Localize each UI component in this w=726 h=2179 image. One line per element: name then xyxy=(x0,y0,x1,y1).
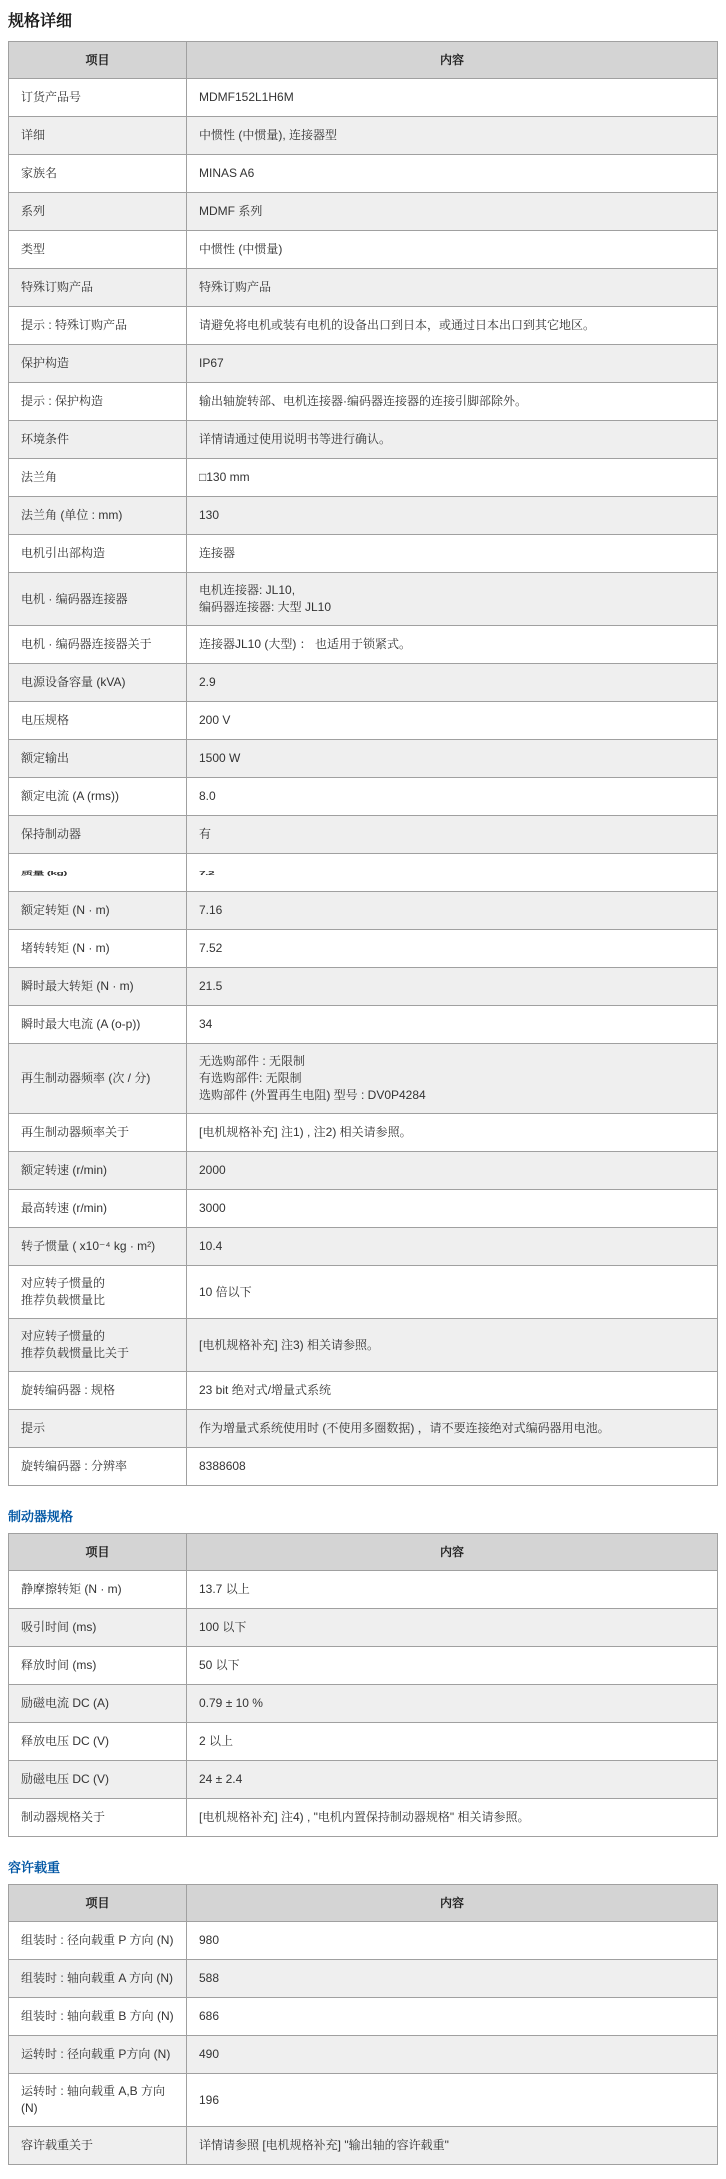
table-row: 家族名MINAS A6 xyxy=(9,155,718,193)
table-row: 额定输出1500 W xyxy=(9,740,718,778)
content-cell: 50 以下 xyxy=(187,1647,718,1685)
table-row: 瞬时最大电流 (A (o-p))34 xyxy=(9,1006,718,1044)
item-cell: 运转时 : 轴向载重 A,B 方向 (N) xyxy=(9,2074,187,2127)
item-column-header: 项目 xyxy=(9,42,187,79)
item-cell: 电机 · 编码器连接器关于 xyxy=(9,626,187,664)
content-cell: 100 以下 xyxy=(187,1609,718,1647)
spec-table: 项目内容订货产品号MDMF152L1H6M详细中惯性 (中惯量), 连接器型家族… xyxy=(8,41,718,1486)
section-heading: 容许载重 xyxy=(8,1857,718,1876)
table-row: 释放时间 (ms)50 以下 xyxy=(9,1647,718,1685)
item-cell: 容许载重关于 xyxy=(9,2127,187,2165)
content-cell: 连接器JL10 (大型) ： 也适用于锁紧式。 xyxy=(187,626,718,664)
item-cell: 法兰角 (单位 : mm) xyxy=(9,497,187,535)
item-cell: 运转时 : 径向载重 P方向 (N) xyxy=(9,2036,187,2074)
table-row: 法兰角□130 mm xyxy=(9,459,718,497)
table-row: 保持制动器有 xyxy=(9,816,718,854)
item-cell: 转子惯量 ( x10⁻⁴ kg · m²) xyxy=(9,1228,187,1266)
table-row: 组装时 : 轴向载重 A 方向 (N)588 xyxy=(9,1960,718,1998)
table-row: 系列MDMF 系列 xyxy=(9,193,718,231)
table-row: 电机 · 编码器连接器关于连接器JL10 (大型) ： 也适用于锁紧式。 xyxy=(9,626,718,664)
item-cell: 家族名 xyxy=(9,155,187,193)
table-row: 法兰角 (单位 : mm)130 xyxy=(9,497,718,535)
content-cell: [电机规格补充] 注3) 相关请参照。 xyxy=(187,1319,718,1372)
item-column-header: 项目 xyxy=(9,1534,187,1571)
item-cell: 堵转转矩 (N · m) xyxy=(9,930,187,968)
table-row: 运转时 : 轴向载重 A,B 方向 (N)196 xyxy=(9,2074,718,2127)
table-row: 对应转子惯量的 推荐负载惯量比关于[电机规格补充] 注3) 相关请参照。 xyxy=(9,1319,718,1372)
content-cell: 1500 W xyxy=(187,740,718,778)
table-row: 最高转速 (r/min)3000 xyxy=(9,1190,718,1228)
item-cell: 组装时 : 轴向载重 A 方向 (N) xyxy=(9,1960,187,1998)
item-cell: 最高转速 (r/min) xyxy=(9,1190,187,1228)
item-cell: 环境条件 xyxy=(9,421,187,459)
item-cell: 旋转编码器 : 规格 xyxy=(9,1372,187,1410)
section-heading: 制动器规格 xyxy=(8,1506,718,1525)
table-row: 提示作为增量式系统使用时 (不使用多圈数据) ，请不要连接绝对式编码器用电池。 xyxy=(9,1410,718,1448)
item-cell: 制动器规格关于 xyxy=(9,1799,187,1837)
item-cell: 对应转子惯量的 推荐负载惯量比关于 xyxy=(9,1319,187,1372)
content-cell: 2 以上 xyxy=(187,1723,718,1761)
content-cell: 2000 xyxy=(187,1152,718,1190)
content-cell: 电机连接器: JL10, 编码器连接器: 大型 JL10 xyxy=(187,573,718,626)
content-cell: MDMF152L1H6M xyxy=(187,79,718,117)
table-row: 提示 : 保护构造输出轴旋转部、电机连接器·编码器连接器的连接引脚部除外。 xyxy=(9,383,718,421)
table-row: 堵转转矩 (N · m)7.52 xyxy=(9,930,718,968)
content-cell: 8388608 xyxy=(187,1448,718,1486)
content-cell: MINAS A6 xyxy=(187,155,718,193)
table-row: 提示 : 特殊订购产品请避免将电机或装有电机的设备出口到日本，或通过日本出口到其… xyxy=(9,307,718,345)
content-cell: 200 V xyxy=(187,702,718,740)
content-cell: 7.52 xyxy=(187,930,718,968)
spec-page: 规格详细 项目内容订货产品号MDMF152L1H6M详细中惯性 (中惯量), 连… xyxy=(0,0,726,2179)
content-column-header: 内容 xyxy=(187,1534,718,1571)
table-row: 组装时 : 轴向载重 B 方向 (N)686 xyxy=(9,1998,718,2036)
content-cell: 588 xyxy=(187,1960,718,1998)
item-cell: 质量 (kg) xyxy=(9,854,187,892)
item-column-header: 项目 xyxy=(9,1885,187,1922)
content-cell: 中惯性 (中惯量), 连接器型 xyxy=(187,117,718,155)
content-cell: 23 bit 绝对式/增量式系统 xyxy=(187,1372,718,1410)
item-cell: 释放电压 DC (V) xyxy=(9,1723,187,1761)
table-row: 保护构造IP67 xyxy=(9,345,718,383)
table-row: 容许载重关于详情请参照 [电机规格补充] "输出轴的容许载重" xyxy=(9,2127,718,2165)
item-cell: 电源设备容量 (kVA) xyxy=(9,664,187,702)
content-cell: 7.16 xyxy=(187,892,718,930)
table-header-row: 项目内容 xyxy=(9,1534,718,1571)
content-cell: 34 xyxy=(187,1006,718,1044)
table-row: 额定电流 (A (rms))8.0 xyxy=(9,778,718,816)
content-cell: 0.79 ± 10 % xyxy=(187,1685,718,1723)
table-row: 瞬时最大转矩 (N · m)21.5 xyxy=(9,968,718,1006)
table-row: 特殊订购产品特殊订购产品 xyxy=(9,269,718,307)
content-cell: 21.5 xyxy=(187,968,718,1006)
content-cell: □130 mm xyxy=(187,459,718,497)
item-cell: 释放时间 (ms) xyxy=(9,1647,187,1685)
table-row: 电机引出部构造连接器 xyxy=(9,535,718,573)
content-cell: 490 xyxy=(187,2036,718,2074)
table-row: 再生制动器频率 (次 / 分)无选购部件 : 无限制 有选购部件: 无限制 选购… xyxy=(9,1044,718,1114)
table-row: 类型中惯性 (中惯量) xyxy=(9,231,718,269)
item-cell: 电机引出部构造 xyxy=(9,535,187,573)
content-cell: 10 倍以下 xyxy=(187,1266,718,1319)
table-row: 额定转矩 (N · m)7.16 xyxy=(9,892,718,930)
item-cell: 电机 · 编码器连接器 xyxy=(9,573,187,626)
content-cell: [电机规格补充] 注1) , 注2) 相关请参照。 xyxy=(187,1114,718,1152)
item-cell: 额定输出 xyxy=(9,740,187,778)
table-row: 励磁电压 DC (V)24 ± 2.4 xyxy=(9,1761,718,1799)
table-header-row: 项目内容 xyxy=(9,1885,718,1922)
item-cell: 系列 xyxy=(9,193,187,231)
content-cell: 130 xyxy=(187,497,718,535)
page-title: 规格详细 xyxy=(8,8,718,31)
content-cell: 3000 xyxy=(187,1190,718,1228)
content-cell: 10.4 xyxy=(187,1228,718,1266)
content-cell: 详情请通过使用说明书等进行确认。 xyxy=(187,421,718,459)
table-row: 再生制动器频率关于[电机规格补充] 注1) , 注2) 相关请参照。 xyxy=(9,1114,718,1152)
item-cell: 法兰角 xyxy=(9,459,187,497)
content-cell: 13.7 以上 xyxy=(187,1571,718,1609)
table-row: 运转时 : 径向载重 P方向 (N)490 xyxy=(9,2036,718,2074)
item-cell: 再生制动器频率关于 xyxy=(9,1114,187,1152)
item-cell: 组装时 : 轴向载重 B 方向 (N) xyxy=(9,1998,187,2036)
item-cell: 提示 : 保护构造 xyxy=(9,383,187,421)
item-cell: 提示 : 特殊订购产品 xyxy=(9,307,187,345)
content-cell: 中惯性 (中惯量) xyxy=(187,231,718,269)
table-row: 静摩擦转矩 (N · m)13.7 以上 xyxy=(9,1571,718,1609)
content-cell: 980 xyxy=(187,1922,718,1960)
item-cell: 吸引时间 (ms) xyxy=(9,1609,187,1647)
table-row: 电压规格200 V xyxy=(9,702,718,740)
table-row: 释放电压 DC (V)2 以上 xyxy=(9,1723,718,1761)
content-cell: MDMF 系列 xyxy=(187,193,718,231)
content-cell: 作为增量式系统使用时 (不使用多圈数据) ，请不要连接绝对式编码器用电池。 xyxy=(187,1410,718,1448)
content-cell: 2.9 xyxy=(187,664,718,702)
table-header-row: 项目内容 xyxy=(9,42,718,79)
item-cell: 对应转子惯量的 推荐负载惯量比 xyxy=(9,1266,187,1319)
table-row: 励磁电流 DC (A)0.79 ± 10 % xyxy=(9,1685,718,1723)
content-cell: 686 xyxy=(187,1998,718,2036)
table-row: 制动器规格关于[电机规格补充] 注4) , "电机内置保持制动器规格" 相关请参… xyxy=(9,1799,718,1837)
item-cell: 详细 xyxy=(9,117,187,155)
table-row: 吸引时间 (ms)100 以下 xyxy=(9,1609,718,1647)
content-cell: 7.2 xyxy=(187,854,718,892)
content-cell: 输出轴旋转部、电机连接器·编码器连接器的连接引脚部除外。 xyxy=(187,383,718,421)
item-cell: 励磁电流 DC (A) xyxy=(9,1685,187,1723)
content-column-header: 内容 xyxy=(187,42,718,79)
item-cell: 瞬时最大转矩 (N · m) xyxy=(9,968,187,1006)
item-cell: 旋转编码器 : 分辨率 xyxy=(9,1448,187,1486)
item-cell: 保持制动器 xyxy=(9,816,187,854)
table-row: 订货产品号MDMF152L1H6M xyxy=(9,79,718,117)
table-row: 旋转编码器 : 规格23 bit 绝对式/增量式系统 xyxy=(9,1372,718,1410)
table-row: 转子惯量 ( x10⁻⁴ kg · m²)10.4 xyxy=(9,1228,718,1266)
item-cell: 静摩擦转矩 (N · m) xyxy=(9,1571,187,1609)
item-cell: 订货产品号 xyxy=(9,79,187,117)
item-cell: 类型 xyxy=(9,231,187,269)
sections-root: 项目内容订货产品号MDMF152L1H6M详细中惯性 (中惯量), 连接器型家族… xyxy=(8,41,718,2165)
content-column-header: 内容 xyxy=(187,1885,718,1922)
table-row: 电源设备容量 (kVA)2.9 xyxy=(9,664,718,702)
content-cell: 有 xyxy=(187,816,718,854)
item-cell: 提示 xyxy=(9,1410,187,1448)
item-cell: 再生制动器频率 (次 / 分) xyxy=(9,1044,187,1114)
item-cell: 额定电流 (A (rms)) xyxy=(9,778,187,816)
content-cell: 连接器 xyxy=(187,535,718,573)
table-row: 额定转速 (r/min)2000 xyxy=(9,1152,718,1190)
item-cell: 额定转速 (r/min) xyxy=(9,1152,187,1190)
table-row: 环境条件详情请通过使用说明书等进行确认。 xyxy=(9,421,718,459)
content-cell: [电机规格补充] 注4) , "电机内置保持制动器规格" 相关请参照。 xyxy=(187,1799,718,1837)
item-cell: 励磁电压 DC (V) xyxy=(9,1761,187,1799)
content-cell: 196 xyxy=(187,2074,718,2127)
table-row: 详细中惯性 (中惯量), 连接器型 xyxy=(9,117,718,155)
table-row: 旋转编码器 : 分辨率8388608 xyxy=(9,1448,718,1486)
spec-table: 项目内容组装时 : 径向载重 P 方向 (N)980组装时 : 轴向载重 A 方… xyxy=(8,1884,718,2165)
content-cell: 详情请参照 [电机规格补充] "输出轴的容许载重" xyxy=(187,2127,718,2165)
item-cell: 额定转矩 (N · m) xyxy=(9,892,187,930)
content-cell: 无选购部件 : 无限制 有选购部件: 无限制 选购部件 (外置再生电阻) 型号 … xyxy=(187,1044,718,1114)
item-cell: 电压规格 xyxy=(9,702,187,740)
table-row: 对应转子惯量的 推荐负载惯量比10 倍以下 xyxy=(9,1266,718,1319)
table-row: 组装时 : 径向载重 P 方向 (N)980 xyxy=(9,1922,718,1960)
spec-table: 项目内容静摩擦转矩 (N · m)13.7 以上吸引时间 (ms)100 以下释… xyxy=(8,1533,718,1837)
item-cell: 保护构造 xyxy=(9,345,187,383)
item-cell: 瞬时最大电流 (A (o-p)) xyxy=(9,1006,187,1044)
item-cell: 特殊订购产品 xyxy=(9,269,187,307)
table-row: 电机 · 编码器连接器电机连接器: JL10, 编码器连接器: 大型 JL10 xyxy=(9,573,718,626)
content-cell: 24 ± 2.4 xyxy=(187,1761,718,1799)
content-cell: IP67 xyxy=(187,345,718,383)
table-row: 质量 (kg)7.2 xyxy=(9,854,718,892)
content-cell: 特殊订购产品 xyxy=(187,269,718,307)
content-cell: 8.0 xyxy=(187,778,718,816)
content-cell: 请避免将电机或装有电机的设备出口到日本，或通过日本出口到其它地区。 xyxy=(187,307,718,345)
item-cell: 组装时 : 径向载重 P 方向 (N) xyxy=(9,1922,187,1960)
